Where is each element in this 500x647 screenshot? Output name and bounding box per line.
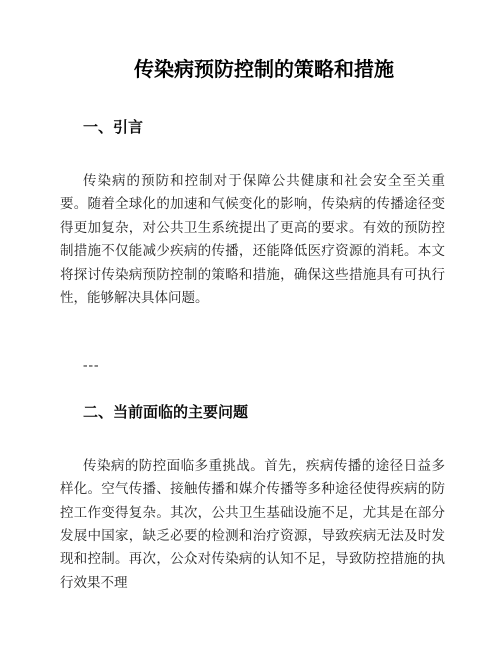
section-heading-intro: 一、引言 [83, 118, 445, 138]
paragraph-problems-body: 传染病的防控面临多重挑战。首先，疾病传播的途径日益多样化。空气传播、接触传播和媒… [60, 454, 445, 594]
markdown-separator: --- [83, 353, 445, 376]
section-heading-problems: 二、当前面临的主要问题 [83, 403, 445, 423]
document-content: 传染病预防控制的策略和措施 一、引言 传染病的预防和控制对于保障公共健康和社会安… [0, 56, 500, 594]
document-page: 传染病预防控制的策略和措施 一、引言 传染病的预防和控制对于保障公共健康和社会安… [0, 0, 500, 647]
document-title: 传染病预防控制的策略和措施 [60, 56, 445, 84]
paragraph-intro-body: 传染病的预防和控制对于保障公共健康和社会安全至关重要。随着全球化的加速和气候变化… [60, 169, 445, 309]
